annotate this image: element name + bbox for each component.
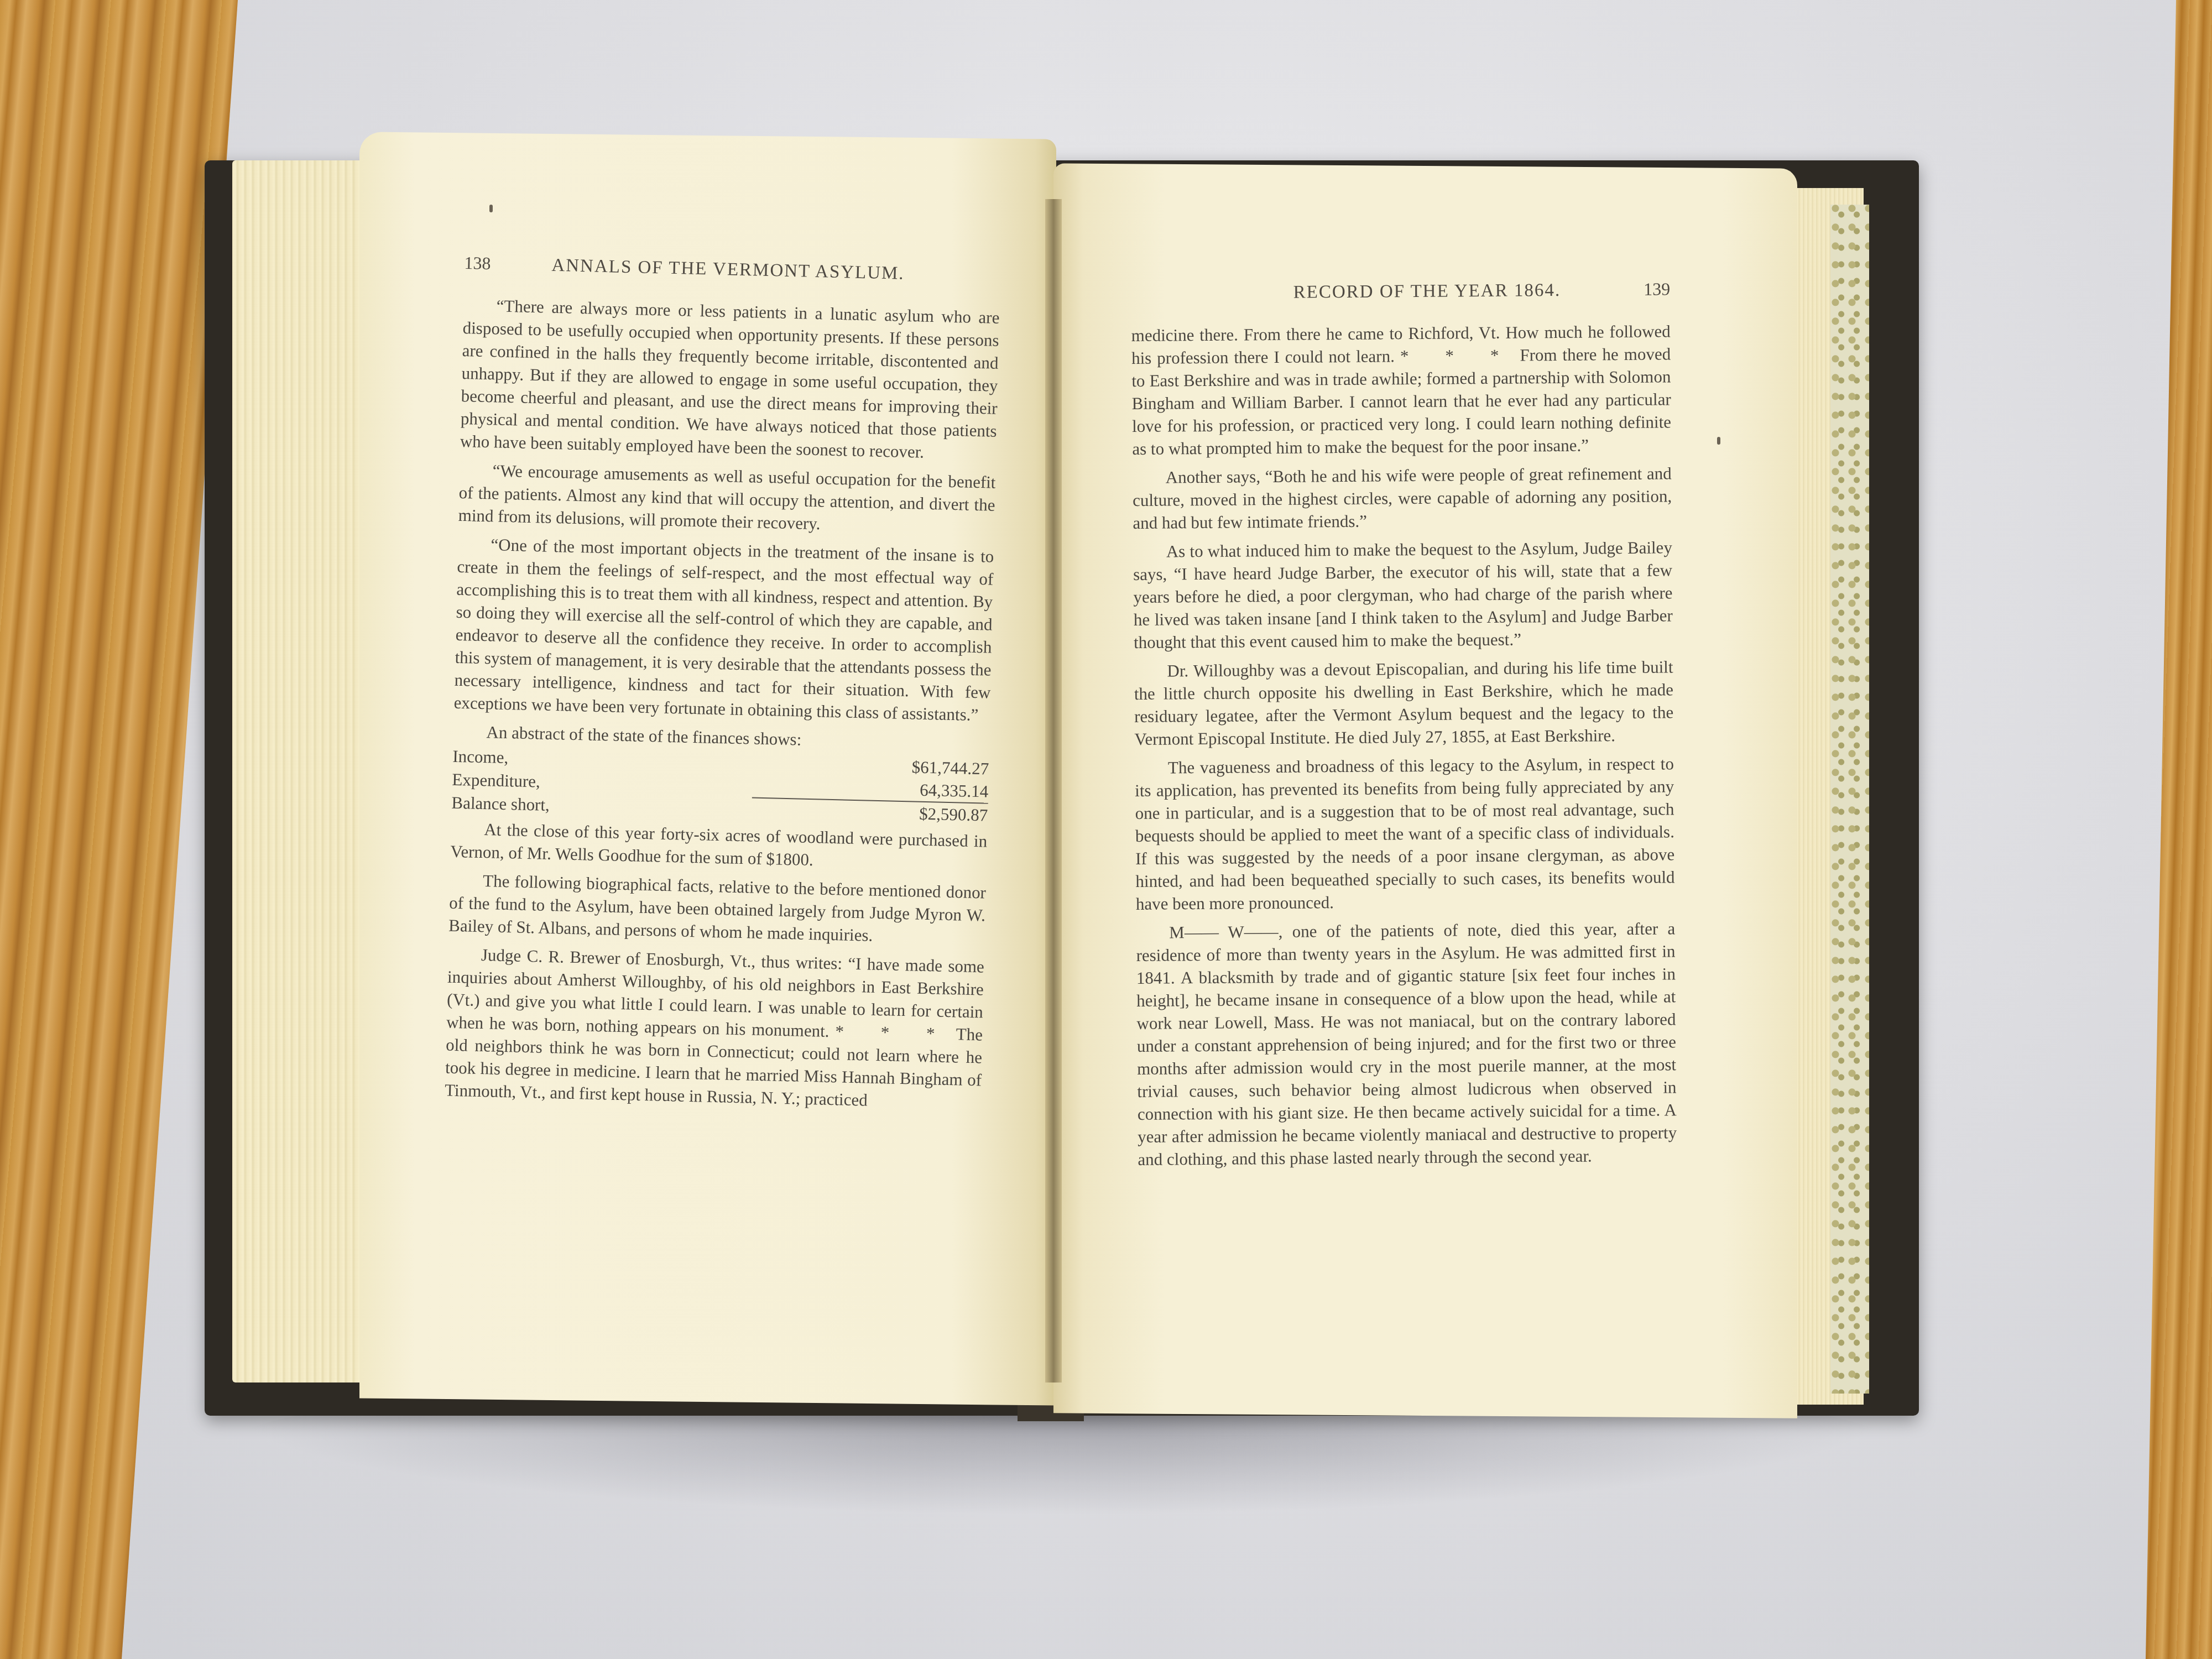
paragraph: The following biographical facts, relati… <box>448 869 987 950</box>
running-head-title: RECORD OF THE YEAR 1864. <box>1293 279 1561 304</box>
page-gutter <box>1045 199 1062 1383</box>
paragraph: The vagueness and broadness of this lega… <box>1135 752 1675 915</box>
paragraph: Dr. Willoughby was a devout Episcopalian… <box>1134 655 1673 750</box>
paragraph: “We encourage amusements as well as usef… <box>458 458 996 539</box>
ellipsis-stars: * * * <box>1400 346 1515 366</box>
paragraph: M—— W——, one of the patients of note, di… <box>1136 917 1677 1171</box>
page-number-right: 139 <box>1644 278 1670 300</box>
paragraph: “One of the most important objects in th… <box>453 533 994 727</box>
left-page-text: 138 ANNALS OF THE VERMONT ASYLUM. “There… <box>445 252 1001 1120</box>
left-page-stack <box>232 160 376 1383</box>
ink-speck <box>1717 437 1720 445</box>
ink-speck <box>489 205 493 212</box>
paragraph: “There are always more or less patients … <box>460 294 999 465</box>
paragraph: medicine there. From there he came to Ri… <box>1131 320 1672 460</box>
right-page-text: RECORD OF THE YEAR 1864. 139 medicine th… <box>1131 278 1677 1177</box>
paragraph: Judge C. R. Brewer of Enosburgh, Vt., th… <box>445 943 984 1114</box>
right-running-head: RECORD OF THE YEAR 1864. 139 <box>1131 278 1670 305</box>
finance-amount: $2,590.87 <box>752 798 988 827</box>
ellipsis-stars: * * * <box>835 1021 951 1044</box>
paragraph: At the close of this year forty-six acre… <box>450 817 988 875</box>
paragraph: Another says, “Both he and his wife were… <box>1133 462 1672 534</box>
finances-table: Income, $61,744.27 Expenditure, 64,335.1… <box>451 745 989 827</box>
page-number-left: 138 <box>464 252 491 275</box>
paragraph: As to what induced him to make the beque… <box>1133 536 1673 654</box>
marbled-endpaper-edge <box>1830 205 1869 1394</box>
